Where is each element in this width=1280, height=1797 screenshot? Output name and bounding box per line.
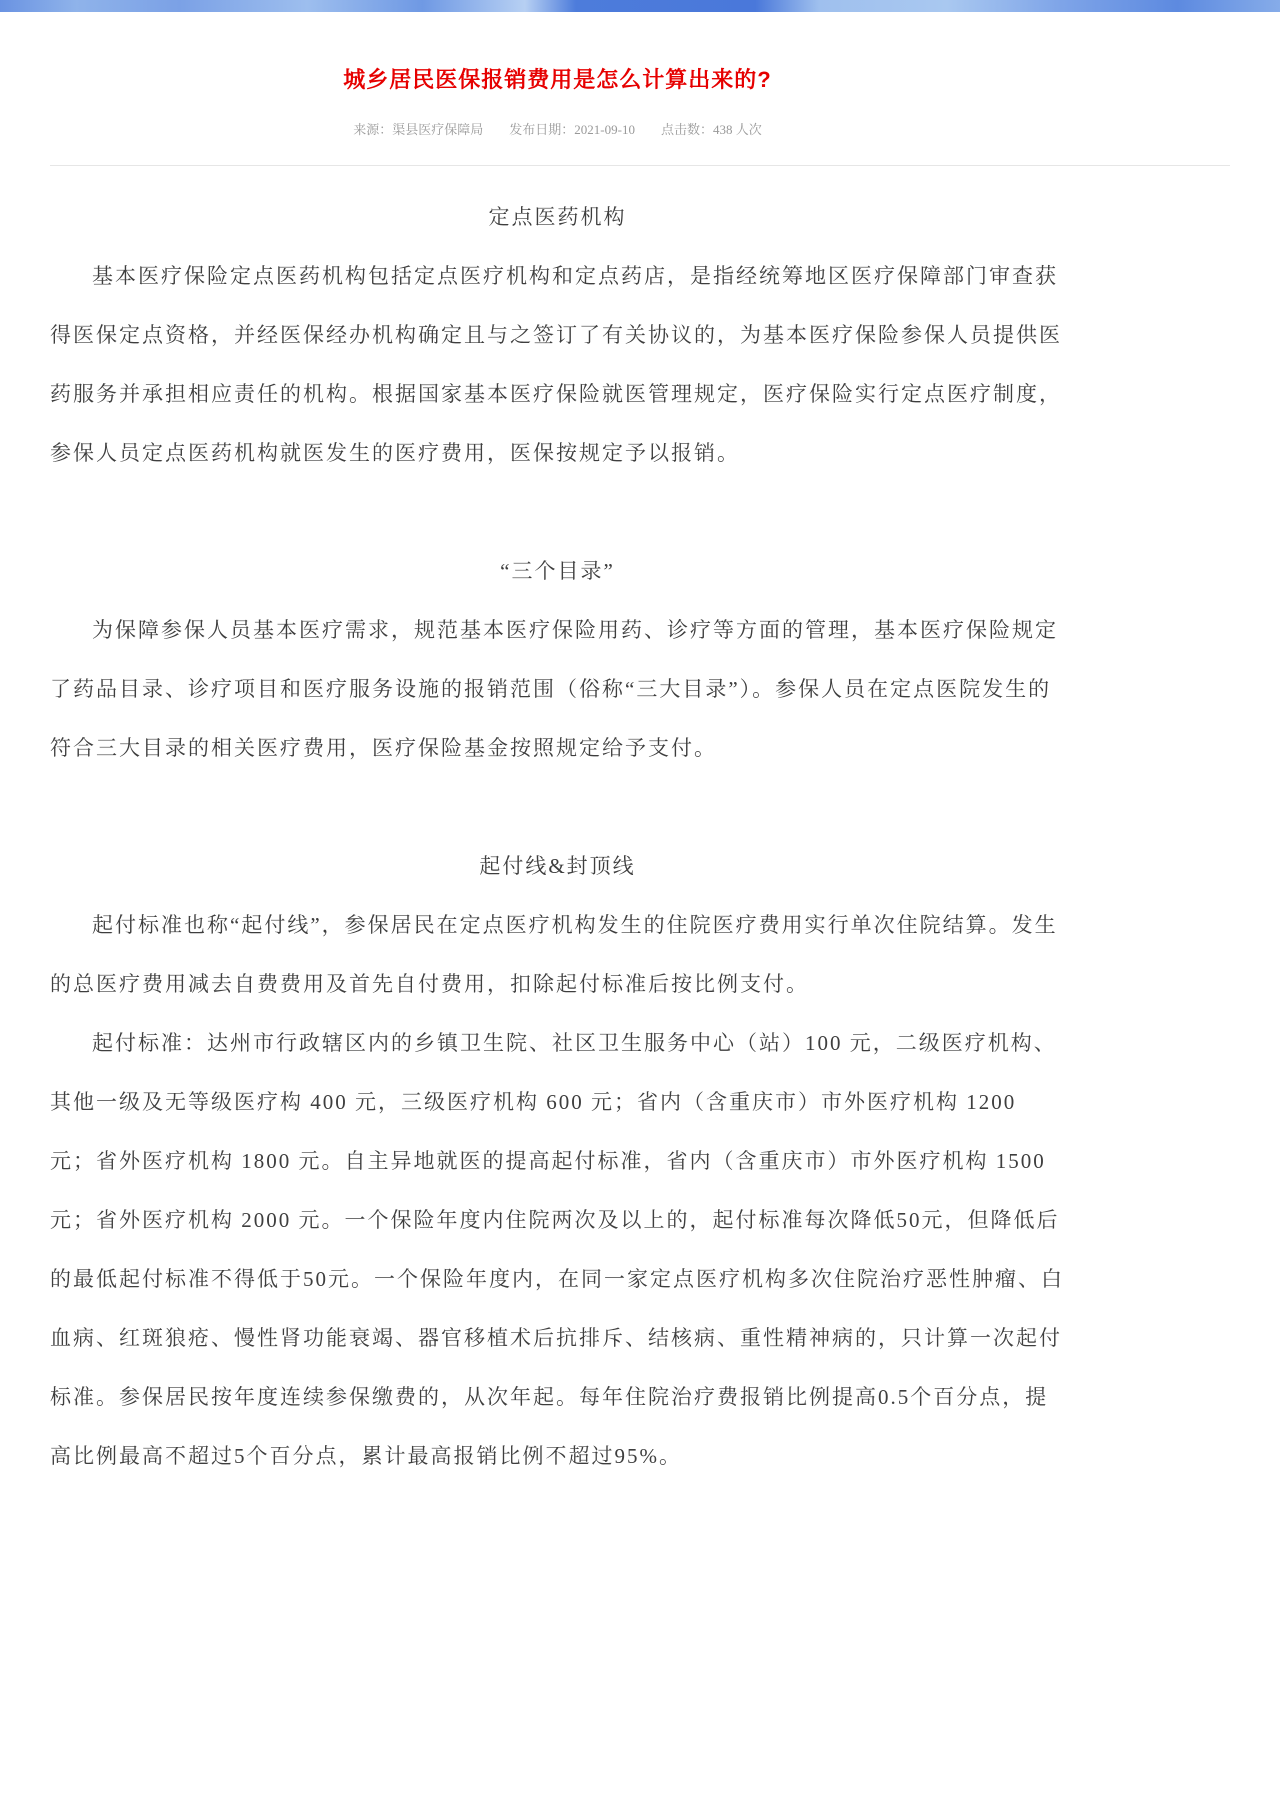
section-dingdian-yiyao-jigou: 定点医药机构 基本医疗保险定点医药机构包括定点医疗机构和定点药店，是指经统筹地区… (50, 188, 1065, 483)
article-page: 城乡居民医保报销费用是怎么计算出来的? 来源：渠县医疗保障局 发布日期：2021… (0, 0, 1280, 1797)
content-area: 城乡居民医保报销费用是怎么计算出来的? 来源：渠县医疗保障局 发布日期：2021… (0, 63, 1280, 1486)
paragraph: 基本医疗保险定点医药机构包括定点医疗机构和定点药店，是指经统筹地区医疗保障部门审… (50, 247, 1065, 483)
article-meta: 来源：渠县医疗保障局 发布日期：2021-09-10 点击数：438 人次 (50, 119, 1065, 138)
meta-source: 来源：渠县医疗保障局 (353, 119, 483, 138)
article-title: 城乡居民医保报销费用是怎么计算出来的? (50, 63, 1065, 94)
paragraph: 为保障参保人员基本医疗需求，规范基本医疗保险用药、诊疗等方面的管理，基本医疗保险… (50, 601, 1065, 778)
sky-banner-image (0, 0, 1280, 12)
paragraph: 起付标准：达州市行政辖区内的乡镇卫生院、社区卫生服务中心（站）100 元，二级医… (50, 1014, 1065, 1486)
article-header: 城乡居民医保报销费用是怎么计算出来的? 来源：渠县医疗保障局 发布日期：2021… (50, 63, 1065, 138)
paragraph: 起付标准也称“起付线”，参保居民在定点医疗机构发生的住院医疗费用实行单次住院结算… (50, 896, 1065, 1014)
section-sange-mulu: “三个目录” 为保障参保人员基本医疗需求，规范基本医疗保险用药、诊疗等方面的管理… (50, 542, 1065, 778)
section-heading: 定点医药机构 (50, 188, 1065, 247)
article-body: 定点医药机构 基本医疗保险定点医药机构包括定点医疗机构和定点药店，是指经统筹地区… (50, 166, 1065, 1486)
section-heading: “三个目录” (50, 542, 1065, 601)
section-heading: 起付线&封顶线 (50, 837, 1065, 896)
meta-hit-count: 点击数：438 人次 (661, 119, 762, 138)
section-qifuxian-fengdingxian: 起付线&封顶线 起付标准也称“起付线”，参保居民在定点医疗机构发生的住院医疗费用… (50, 837, 1065, 1486)
meta-publish-date: 发布日期：2021-09-10 (509, 119, 635, 138)
